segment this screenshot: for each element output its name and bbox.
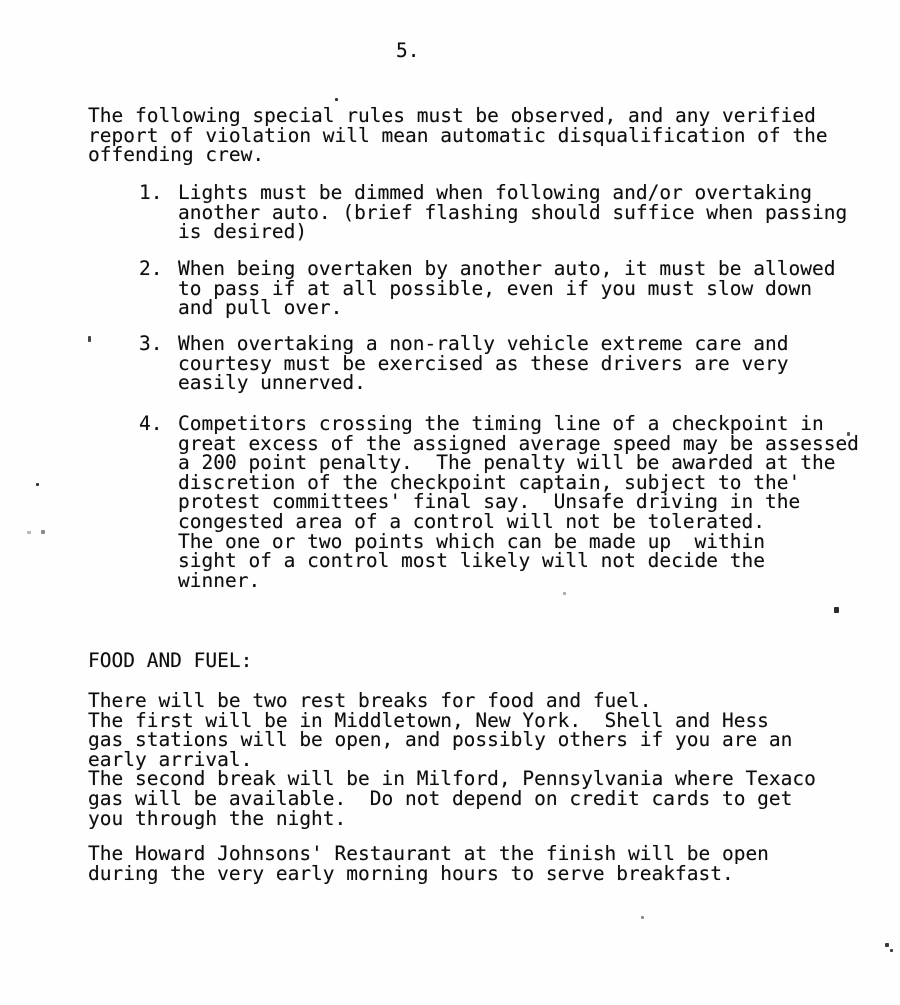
scan-speck	[563, 592, 566, 595]
rule-number: 1.	[139, 183, 162, 203]
document-page: 5. The following special rules must be o…	[0, 0, 900, 1005]
rule-text: When overtaking a non-rally vehicle extr…	[178, 334, 878, 393]
food-and-fuel-heading: FOOD AND FUEL:	[88, 651, 252, 671]
rule-text: Competitors crossing the timing line of …	[178, 414, 878, 590]
scan-speck	[41, 530, 45, 534]
scan-speck	[885, 943, 889, 947]
scan-speck	[834, 607, 839, 613]
rule-text: When being overtaken by another auto, it…	[178, 259, 878, 318]
scan-speck	[847, 432, 850, 436]
rule-number: 4.	[139, 414, 162, 434]
food-and-fuel-paragraph: There will be two rest breaks for food a…	[88, 691, 878, 828]
scan-speck	[335, 98, 338, 101]
scan-speck	[890, 949, 893, 952]
scan-speck	[36, 483, 39, 486]
rule-number: 2.	[139, 259, 162, 279]
intro-paragraph: The following special rules must be obse…	[88, 106, 848, 165]
scan-speck	[88, 336, 91, 342]
rule-number: 3.	[139, 334, 162, 354]
closing-paragraph: The Howard Johnsons' Restaurant at the f…	[88, 844, 868, 883]
rule-text: Lights must be dimmed when following and…	[178, 183, 878, 242]
page-number: 5.	[396, 41, 419, 61]
scan-speck	[641, 916, 644, 919]
scan-speck	[27, 531, 31, 534]
